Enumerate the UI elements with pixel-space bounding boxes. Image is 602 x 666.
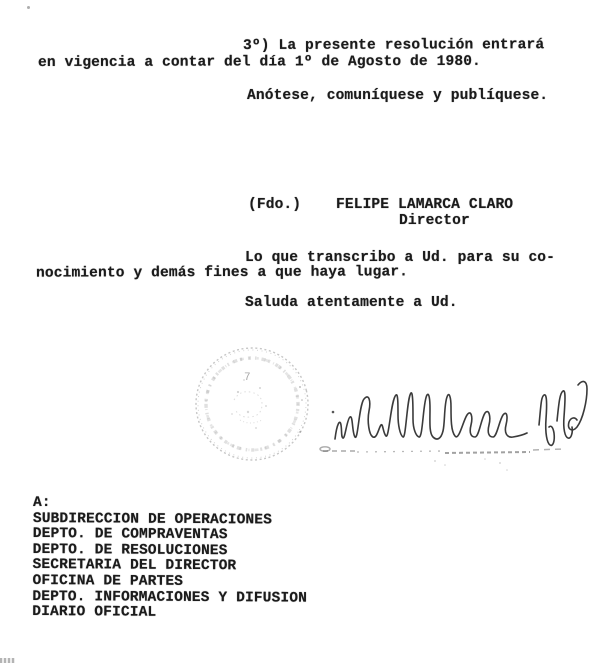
distribution-list: A: SUBDIRECCION DE OPERACIONES DEPTO. DE… bbox=[32, 496, 307, 622]
clause-line-1: 3º) La presente resolución entrará bbox=[243, 38, 544, 54]
scan-artifact-dot bbox=[27, 6, 30, 9]
stamp-inner-mark: 7 bbox=[244, 372, 251, 384]
signature-scrawl-icon bbox=[295, 375, 595, 475]
scanned-document-page: 3º) La presente resolución entrará en vi… bbox=[0, 0, 602, 666]
publish-order-line: Anótese, comuníquese y publíquese. bbox=[247, 89, 548, 104]
clause-line-2: en vigencia a contar del día 1º de Agost… bbox=[38, 55, 481, 71]
signer-name: FELIPE LAMARCA CLARO bbox=[336, 198, 513, 213]
salutation-line: Saluda atentamente a Ud. bbox=[245, 296, 458, 311]
fdo-label: (Fdo.) bbox=[248, 198, 301, 213]
distribution-recipient: DIARIO OFICIAL bbox=[32, 605, 307, 622]
scan-artifact-smudge bbox=[0, 658, 15, 663]
faded-typed-line bbox=[320, 447, 563, 453]
transcription-line-2: nocimiento y demás fines a que haya luga… bbox=[36, 265, 408, 281]
signature bbox=[295, 375, 595, 475]
signer-title: Director bbox=[399, 214, 470, 229]
